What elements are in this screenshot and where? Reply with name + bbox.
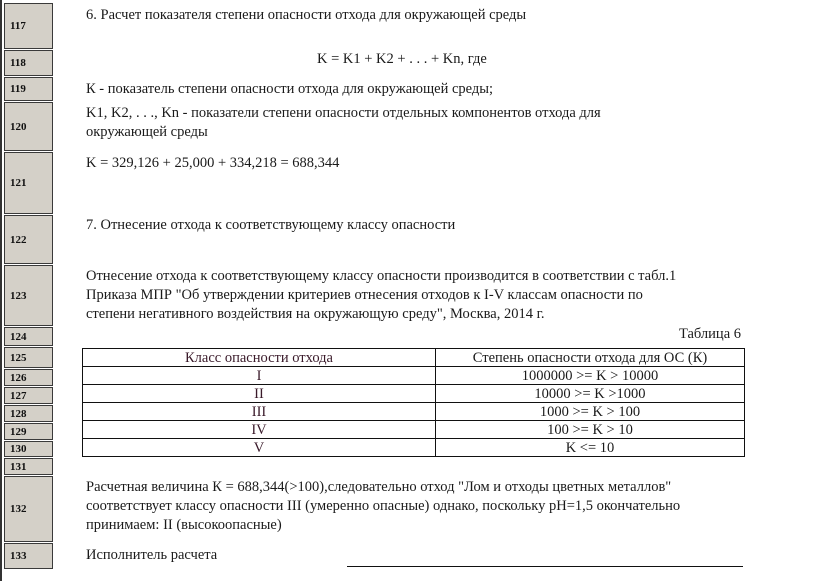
table-header-row: Класс опасности отхода Степень опасности… — [83, 349, 745, 367]
section6-title: 6. Расчет показателя степени опасности о… — [86, 6, 526, 25]
row-header-119[interactable]: 119 — [4, 77, 53, 101]
table-row: I 1000000 >= K > 10000 — [83, 367, 745, 385]
range-cell[interactable]: 1000 >= K > 100 — [436, 403, 745, 421]
class-cell[interactable]: IV — [83, 421, 436, 439]
conclusion-line2: соответствует классу опасности III (умер… — [86, 497, 680, 516]
row-header-120[interactable]: 120 — [4, 102, 53, 151]
header-cell-degree[interactable]: Степень опасности отхода для ОС (К) — [436, 349, 745, 367]
definition-k: К - показатель степени опасности отхода … — [86, 80, 493, 99]
k-calculation: K = 329,126 + 25,000 + 334,218 = 688,344 — [86, 154, 339, 173]
range-cell[interactable]: 100 >= K > 10 — [436, 421, 745, 439]
class-cell[interactable]: I — [83, 367, 436, 385]
row-header-128[interactable]: 128 — [4, 405, 53, 422]
class-cell[interactable]: V — [83, 439, 436, 457]
section7-para-line2: Приказа МПР "Об утверждении критериев от… — [86, 286, 643, 305]
range-cell[interactable]: 1000000 >= K > 10000 — [436, 367, 745, 385]
row-header-127[interactable]: 127 — [4, 387, 53, 404]
row-header-122[interactable]: 122 — [4, 215, 53, 264]
row-header-129[interactable]: 129 — [4, 423, 53, 440]
row-header-118[interactable]: 118 — [4, 50, 53, 76]
section7-para-line1: Отнесение отхода к соответствующему клас… — [86, 267, 676, 286]
signature-line[interactable] — [347, 566, 743, 567]
row-header-123[interactable]: 123 — [4, 265, 53, 326]
definition-ki-line2: окружающей среды — [86, 123, 208, 142]
signature-label: Исполнитель расчета — [86, 546, 217, 565]
row-header-column: 117 118 119 120 121 122 123 124 125 126 … — [0, 0, 56, 581]
hazard-formula: K = K1 + K2 + . . . + Kn, где — [317, 51, 487, 68]
table-row: IV 100 >= K > 10 — [83, 421, 745, 439]
range-cell[interactable]: 10000 >= K >1000 — [436, 385, 745, 403]
row-header-126[interactable]: 126 — [4, 369, 53, 386]
row-header-125[interactable]: 125 — [4, 347, 53, 368]
table-caption: Таблица 6 — [679, 326, 741, 343]
section7-title: 7. Отнесение отхода к соответствующему к… — [86, 216, 455, 235]
range-cell[interactable]: K <= 10 — [436, 439, 745, 457]
conclusion-line1: Расчетная величина К = 688,344(>100),сле… — [86, 478, 671, 497]
row-header-132[interactable]: 132 — [4, 476, 53, 542]
row-header-130[interactable]: 130 — [4, 441, 53, 457]
table-row: II 10000 >= K >1000 — [83, 385, 745, 403]
class-cell[interactable]: II — [83, 385, 436, 403]
hazard-class-table: Класс опасности отхода Степень опасности… — [82, 348, 745, 457]
definition-ki-line1: K1, K2, . . ., Kn - показатели степени о… — [86, 104, 601, 123]
conclusion-line3: принимаем: II (высокоопасные) — [86, 516, 282, 535]
section7-para-line3: степени негативного воздействия на окруж… — [86, 305, 545, 324]
header-cell-class[interactable]: Класс опасности отхода — [83, 349, 436, 367]
row-header-124[interactable]: 124 — [4, 327, 53, 346]
row-header-117[interactable]: 117 — [4, 3, 53, 49]
table-row: III 1000 >= K > 100 — [83, 403, 745, 421]
class-cell[interactable]: III — [83, 403, 436, 421]
row-header-131[interactable]: 131 — [4, 458, 53, 475]
row-header-121[interactable]: 121 — [4, 152, 53, 214]
table-row: V K <= 10 — [83, 439, 745, 457]
row-header-133[interactable]: 133 — [4, 543, 53, 569]
